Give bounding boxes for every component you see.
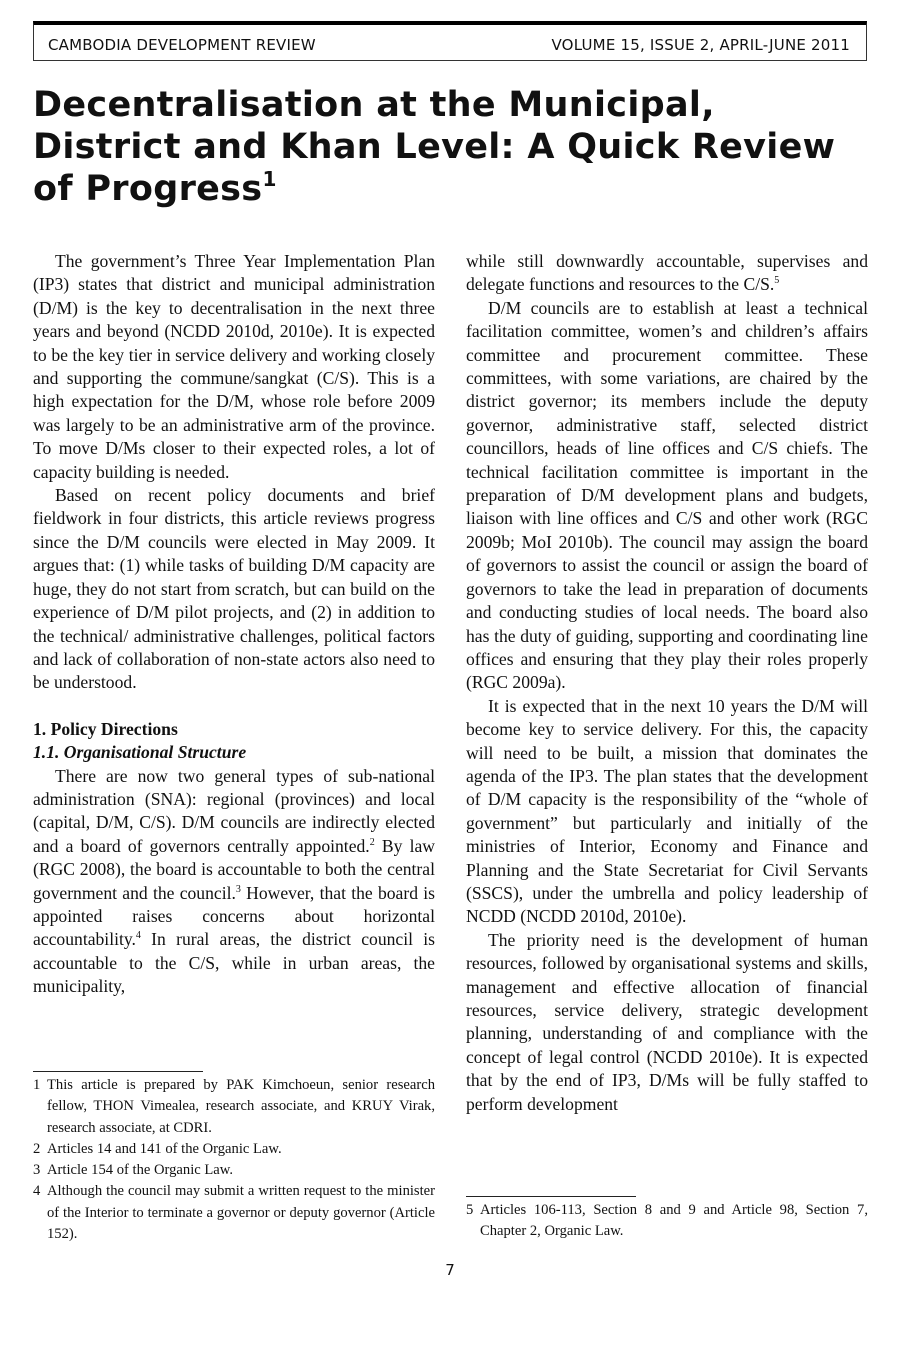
- article-title: Decentralisation at the Municipal, Distr…: [33, 84, 873, 210]
- article-title-text: Decentralisation at the Municipal, Distr…: [33, 85, 835, 209]
- journal-name: CAMBODIA DEVELOPMENT REVIEW: [48, 36, 316, 54]
- footnote-3: 3Article 154 of the Organic Law.: [33, 1160, 435, 1181]
- paragraph-structure: There are now two general types of sub-n…: [33, 765, 435, 999]
- paragraph-priority: The priority need is the development of …: [466, 929, 868, 1116]
- paragraph-committees: D/M councils are to establish at least a…: [466, 297, 868, 695]
- footnote-divider: [33, 1071, 203, 1072]
- section-heading: 1. Policy Directions: [33, 718, 435, 741]
- footnote-number: 3: [33, 1160, 47, 1181]
- footnotes-left: 1This article is prepared by PAK Kimchoe…: [33, 1075, 435, 1245]
- footnote-4: 4Although the council may submit a writt…: [33, 1181, 435, 1245]
- footnote-divider: [466, 1196, 636, 1197]
- paragraph-intro: The government’s Three Year Implementati…: [33, 250, 435, 484]
- footnote-ref-5[interactable]: 5: [774, 275, 779, 286]
- right-column: while still downwardly accountable, supe…: [466, 250, 868, 1116]
- footnote-text: This article is prepared by PAK Kimchoeu…: [47, 1075, 435, 1139]
- footnote-number: 2: [33, 1139, 47, 1160]
- footnote-ref-1[interactable]: 1: [262, 167, 276, 191]
- running-header: CAMBODIA DEVELOPMENT REVIEW VOLUME 15, I…: [33, 21, 867, 61]
- footnote-2: 2Articles 14 and 141 of the Organic Law.: [33, 1139, 435, 1160]
- footnote-number: 1: [33, 1075, 47, 1139]
- footnote-5: 5Articles 106-113, Section 8 and 9 and A…: [466, 1200, 868, 1243]
- footnote-text: Article 154 of the Organic Law.: [47, 1160, 435, 1181]
- subsection-heading: 1.1. Organisational Structure: [33, 741, 435, 764]
- footnote-text: Articles 14 and 141 of the Organic Law.: [47, 1139, 435, 1160]
- issue-info: VOLUME 15, ISSUE 2, APRIL-JUNE 2011: [551, 36, 850, 54]
- paragraph-capacity: It is expected that in the next 10 years…: [466, 695, 868, 929]
- footnote-number: 5: [466, 1200, 480, 1243]
- text-span: while still downwardly accountable, supe…: [466, 251, 868, 294]
- page-number: 7: [0, 1261, 900, 1279]
- footnote-number: 4: [33, 1181, 47, 1245]
- paragraph-structure-continued: while still downwardly accountable, supe…: [466, 250, 868, 297]
- footnote-text: Articles 106-113, Section 8 and 9 and Ar…: [480, 1200, 868, 1243]
- footnotes-right: 5Articles 106-113, Section 8 and 9 and A…: [466, 1200, 868, 1243]
- left-column: The government’s Three Year Implementati…: [33, 250, 435, 999]
- paragraph-argument: Based on recent policy documents and bri…: [33, 484, 435, 695]
- footnote-1: 1This article is prepared by PAK Kimchoe…: [33, 1075, 435, 1139]
- footnote-text: Although the council may submit a writte…: [47, 1181, 435, 1245]
